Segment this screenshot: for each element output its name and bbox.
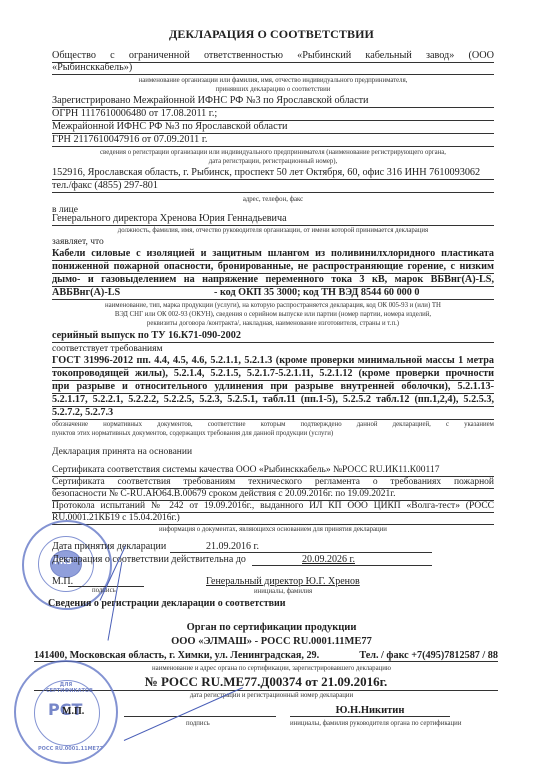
conformity-label: соответствует требованиям xyxy=(52,343,494,355)
conformity-line-4: 5.2.1.17, 5.2.2.1, 5.2.2.2, 5.2.2.5, 5.2… xyxy=(52,394,494,407)
registration-caption-1: сведения о регистрации организации или и… xyxy=(52,149,494,158)
address-line-1: 152916, Ярославская область, г. Рыбинск,… xyxy=(52,167,494,180)
cert-signature-line xyxy=(124,716,276,717)
registration-line-3: Межрайонной ИФНС РФ №3 по Ярославской об… xyxy=(52,121,494,134)
basis-caption: информация о документах, являющихся осно… xyxy=(52,526,494,535)
registration-line-2: ОГРН 1117610006480 от 17.08.2011 г.; xyxy=(52,108,494,121)
basis-line-5: RU.0001.21КБ19 с 15.04.2016г.) xyxy=(52,512,494,525)
valid-date-label: Декларация о соответствии действительна … xyxy=(52,554,246,565)
declares-label: заявляет, что xyxy=(52,236,494,248)
conformity-caption-2: пунктов этих нормативных документов, сод… xyxy=(52,430,494,439)
cert-stamp-ring-text: РОСС RU.0001.11МЕ77 xyxy=(38,746,103,752)
document-title: ДЕКЛАРАЦИЯ О СООТВЕТСТВИИ xyxy=(0,27,543,42)
product-caption-2: ВЭД СНГ или ОК 002-93 (ОКУН), сведения о… xyxy=(52,311,494,320)
represented-caption: должность, фамилия, имя, отчество руково… xyxy=(52,227,494,236)
cert-body-phone: Тел. / факс +7(495)7812587 / 88 xyxy=(359,650,498,661)
product-line-2: пониженной пожарной опасности, бронирова… xyxy=(52,261,494,274)
product-caption-3: реквизиты договора /контракта/, накладна… xyxy=(52,320,494,329)
signer-name: Генеральный директор Ю.Г. Хренов xyxy=(206,576,360,587)
cert-signature-caption: подпись xyxy=(186,720,210,727)
product-codes: - код ОКП 35 3000; код ТН ВЭД 8544 60 00… xyxy=(214,287,420,299)
conformity-line-2: токопроводящей жилы), 5.2.1.4, 5.2.1.5, … xyxy=(52,368,494,381)
product-line-1: Кабели силовые с изоляцией и защитным шл… xyxy=(52,248,494,261)
address-line-2: тел./факс (4855) 297-801 xyxy=(52,180,494,193)
valid-date-value: 20.09.2026 г. xyxy=(252,554,432,566)
product-brand: АВБВнг(А)-LS xyxy=(52,287,120,298)
cert-mp-label: М.П. xyxy=(62,706,84,717)
cert-body-name: ООО «ЭЛМАШ» - РОСС RU.0001.11МЕ77 xyxy=(0,636,543,647)
accepted-date-value: 21.09.2016 г. xyxy=(170,541,432,553)
registration-caption-2: дата регистрации, регистрационный номер)… xyxy=(52,158,494,167)
serial-release: серийный выпуск по ТУ 16.К71-090-2002 xyxy=(52,330,494,343)
cert-head-name: Ю.Н.Никитин xyxy=(290,705,450,717)
conformity-line-3: при разрыве и относительного удлинения п… xyxy=(52,381,494,394)
basis-label: Декларация принята на основании xyxy=(52,446,494,458)
conformity-line-1: ГОСТ 31996-2012 пп. 4.4, 4.5, 4.6, 5.2.1… xyxy=(52,355,494,368)
signer-caption: инициалы, фамилия xyxy=(254,588,312,595)
registration-line-1: Зарегистрировано Межрайонной ИФНС РФ №3 … xyxy=(52,95,494,108)
company-stamp: РКЗ xyxy=(22,520,112,610)
cert-stamp-top-text: ДЛЯ СЕРТИФИКАТОВ xyxy=(46,682,86,694)
applicant-caption-2: принявших декларацию о соответствии xyxy=(52,86,494,95)
registration-heading: Сведения о регистрации декларации о соот… xyxy=(48,598,286,609)
cert-body-title: Орган по сертификации продукции xyxy=(0,622,543,633)
represented-value: Генерального директора Хренова Юрия Генн… xyxy=(52,213,494,226)
cert-head-caption: инициалы, фамилия руководителя органа по… xyxy=(290,720,461,727)
registration-line-4: ГРН 2117610047916 от 07.09.2011 г. xyxy=(52,134,494,147)
product-caption-1: наименование, тип, марка продукции (услу… xyxy=(52,302,494,311)
valid-date-row: Декларация о соответствии действительна … xyxy=(52,554,432,565)
accepted-date-label: Дата принятия декларации xyxy=(52,541,166,552)
cert-body-address: 141400, Московская область, г. Химки, ул… xyxy=(34,650,319,661)
applicant-caption-1: наименование организации или фамилия, им… xyxy=(52,77,494,86)
applicant-line-2: «Рыбинсккабель») xyxy=(52,62,494,75)
product-line-4: АВБВнг(А)-LS - код ОКП 35 3000; код ТН В… xyxy=(52,287,494,300)
conformity-line-5: 5.2.7.2, 5.2.7.3 xyxy=(52,407,494,420)
conformity-caption-1: обозначение нормативных документов, соот… xyxy=(52,421,494,430)
accepted-date-row: Дата принятия декларации 21.09.2016 г. xyxy=(52,541,432,552)
cert-body-address-row: 141400, Московская область, г. Химки, ул… xyxy=(34,650,498,662)
product-line-3: дымо- и газовыделением на напряжение пер… xyxy=(52,274,494,287)
